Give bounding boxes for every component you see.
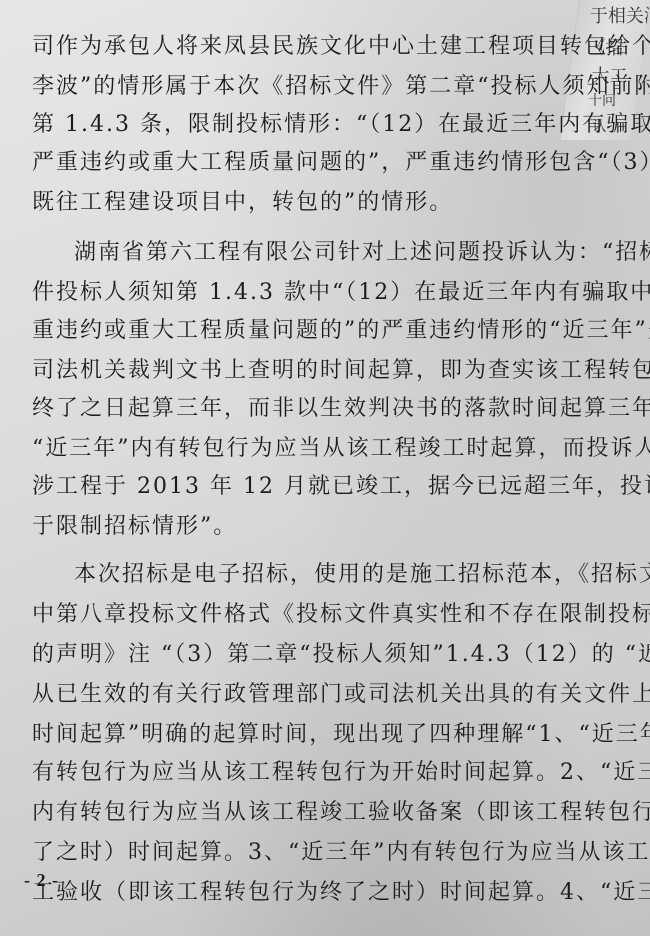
text-line: 的声明》注 “（3）第二章“投标人须知”1.4.3（12）的 “近三年” [32,640,650,670]
text-line: 件投标人须知第 1.4.3 款中“（12）在最近三年内有骗取中标或严 [32,278,650,308]
text-line: 内有转包行为应当从该工程竣工验收备案（即该工程转包行为终 [32,798,650,828]
text-line: 第 1.4.3 条，限制投标情形：“（12）在最近三年内有骗取中标或 [32,110,650,140]
text-line: 于限制招标情形”。 [32,512,237,542]
text-line: 终了之日起算三年，而非以生效判决书的落款时间起算三年。即 [32,394,650,424]
text-line: 有转包行为应当从该工程转包行为开始时间起算。2、“近三年” [32,758,650,788]
text-line: 了之时）时间起算。3、“近三年”内有转包行为应当从该工程竣 [32,838,650,868]
text-line: 严重违约或重大工程质量问题的”，严重违约情形包含“（3）在 [32,148,650,178]
text-line: 时间起算”明确的起算时间，现出现了四种理解“1、“近三年”内 [32,720,650,750]
text-line: 既往工程建设项目中，转包的”的情形。 [32,188,453,218]
paragraph-start: 本次招标是电子招标，使用的是施工招标范本，《招标文件》 [74,560,650,590]
text-line: 涉工程于 2013 年 12 月就已竣工，据今已远超三年，投诉人不属 [32,472,650,502]
text-line: 重违约或重大工程质量问题的”的严重违约情形的“近三年”是从 [32,316,650,346]
text-line: 司作为承包人将来凤县民族文化中心土建工程项目转包给个人 [32,32,650,62]
underlying-text: 于相关法 [590,2,650,28]
text-line: 从已生效的有关行政管理部门或司法机关出具的有关文件上的 [32,680,650,710]
text-line: 司法机关裁判文书上查明的时间起算，即为查实该工程转包行为 [32,356,650,386]
text-line: 中第八章投标文件格式《投标文件真实性和不存在限制投标情形 [32,600,650,630]
photo-shading [0,0,650,936]
text-line: 李波”的情形属于本次《招标文件》第二章“投标人须知前附表” [32,72,650,102]
text-line: 工验收（即该工程转包行为终了之时）时间起算。4、“近三年” [32,878,650,908]
page-number: - 2 - [24,870,59,891]
paragraph-start: 湖南省第六工程有限公司针对上述问题投诉认为：“招标文 [74,238,650,268]
text-line: “近三年”内有转包行为应当从该工程竣工时起算，而投诉人的案 [32,434,650,464]
